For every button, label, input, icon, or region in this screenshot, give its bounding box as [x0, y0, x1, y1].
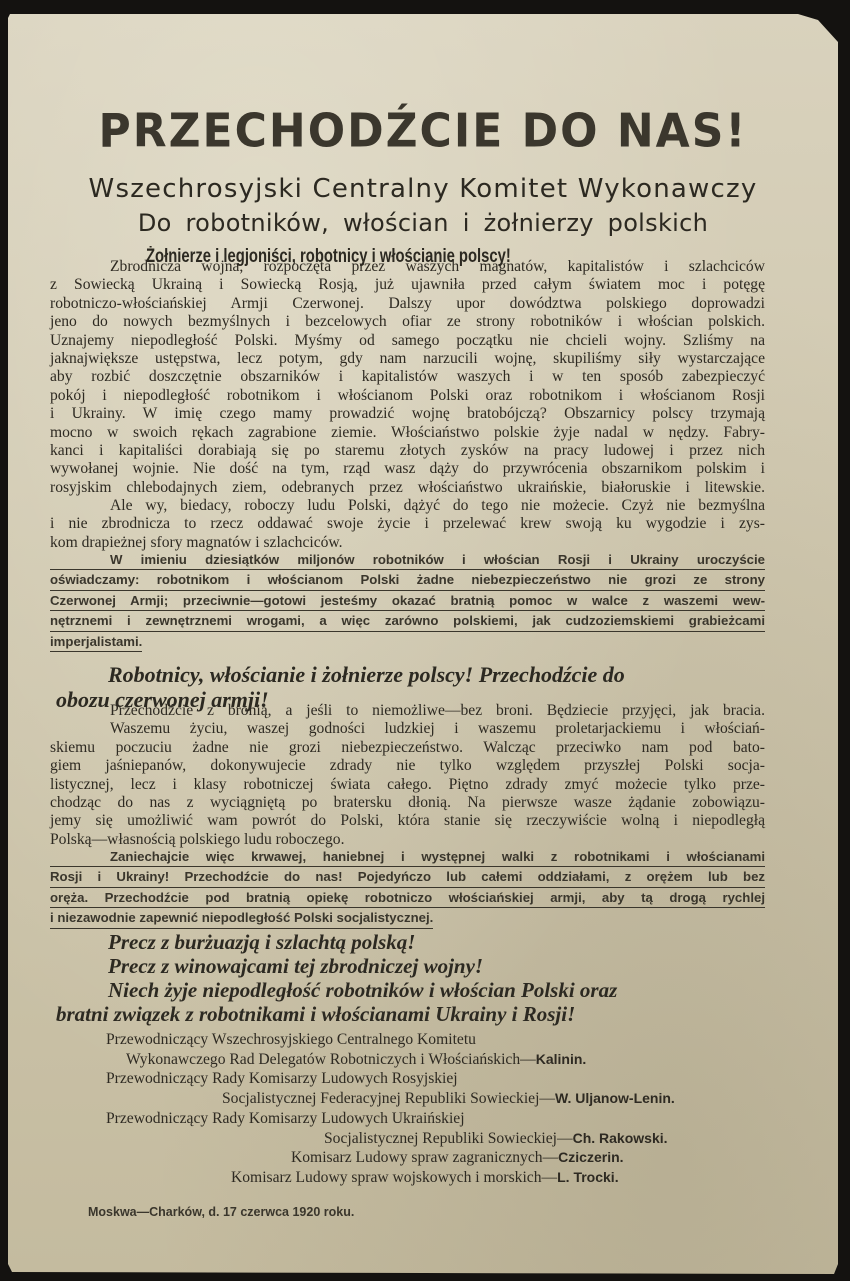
issuer-heading: Wszechrosyjski Centralny Komitet Wykonaw… [8, 174, 838, 204]
text-line: z Sowiecką Ukrainą i Sowiecką Rosją, już… [50, 276, 765, 294]
text-line: Zaniechajcie więc krwawej, haniebnej i w… [50, 847, 765, 867]
text-line: mocno w swoich rękach zagrabione ziemie.… [50, 424, 765, 442]
text-line: Uznajemy niepodległość Polski. Myśmy od … [50, 332, 765, 350]
text-line: rosyjskim chlebodajnych ziem, odebranych… [50, 479, 765, 497]
signatures-block: Przewodniczący Wszechrosyjskiego Central… [106, 1030, 786, 1188]
text-line: nętrznemi i zewnętrznemi wrogami, a więc… [50, 611, 765, 631]
text-line: i Ukrainy. W imię czego mamy prowadzić w… [50, 405, 765, 423]
signature-line: Wykonawczego Rad Delegatów Robotniczych … [106, 1050, 786, 1070]
signature-title: Przewodniczący Rady Komisarzy Ludowych U… [106, 1109, 786, 1129]
signature-role: Socjalistycznej Republiki Sowieckiej— [324, 1130, 573, 1147]
signatory-name: L. Trocki. [557, 1169, 618, 1185]
text-line: Przechodźcie z bronią, a jeśli to niemoż… [50, 702, 765, 720]
signature-line: Komisarz Ludowy spraw zagranicznych—Czic… [106, 1148, 786, 1168]
slogan-line: Precz z burżuazją i szlachtą polską! [56, 930, 771, 954]
slogan-line: Precz z winowajcami tej zbrodniczej wojn… [56, 954, 771, 978]
call-to-action-paragraph: Zaniechajcie więc krwawej, haniebnej i w… [50, 847, 765, 929]
text-line: jeno do nowych bezmyślnych i bezcelowych… [50, 313, 765, 331]
leaflet-title: PRZECHODŹCIE DO NAS! [8, 105, 838, 159]
text-line: wywołanej wojnie. Nie dość na tym, rząd … [50, 460, 765, 478]
slogan-line: bratni związek z robotnikami i włościana… [56, 1002, 771, 1026]
text-line: kanci i kapitaliści dorabiają się po sta… [50, 442, 765, 460]
dateline: Moskwa—Charków, d. 17 czerwca 1920 roku. [88, 1205, 354, 1219]
addressee-heading: Do robotników, włościan i żołnierzy pols… [8, 209, 838, 237]
slogans: Precz z burżuazją i szlachtą polską! Pre… [56, 930, 771, 1026]
paragraph-3: Przechodźcie z bronią, a jeśli to niemoż… [50, 702, 765, 849]
text-line: listycznej, lecz i klasy robotniczej świ… [50, 776, 765, 794]
text-line: jemy się umożliwić wam powrót do Polski,… [50, 812, 765, 830]
text-line: i niezawodnie zapewnić niepodległość Pol… [50, 908, 433, 928]
text-line: Robotnicy, włościanie i żołnierze polscy… [56, 662, 771, 687]
signature-line: Socjalistycznej Republiki Sowieckiej—Ch.… [106, 1129, 786, 1149]
signature-role: Socjalistycznej Federacyjnej Republiki S… [222, 1090, 555, 1107]
signature-line: Socjalistycznej Federacyjnej Republiki S… [106, 1089, 786, 1109]
paragraph-2: Ale wy, biedacy, roboczy ludu Polski, dą… [50, 497, 765, 552]
text-line: oświadczamy: robotnikom i włościanom Pol… [50, 570, 765, 590]
text-line: W imieniu dziesiątków miljonów robotnikó… [50, 550, 765, 570]
signature-title: Przewodniczący Rady Komisarzy Ludowych R… [106, 1069, 786, 1089]
paragraph-1: Zbrodnicza wojna, rozpoczęta przez waszy… [50, 258, 765, 497]
text-line: skiemu poczuciu żadne nie grozi niebezpi… [50, 739, 765, 757]
text-line: giem jaśniepanów, dokonywujecie zdrady n… [50, 757, 765, 775]
signatory-name: Cziczerin. [558, 1149, 623, 1165]
leaflet-paper: PRZECHODŹCIE DO NAS! Wszechrosyjski Cent… [8, 14, 838, 1274]
text-line: Zbrodnicza wojna, rozpoczęta przez waszy… [50, 258, 765, 276]
signatory-name: Ch. Rakowski. [573, 1130, 668, 1146]
signatory-name: W. Uljanow-Lenin. [555, 1090, 675, 1106]
text-line: aby rozbić doszczętnie obszarników i kap… [50, 368, 765, 386]
declaration-paragraph: W imieniu dziesiątków miljonów robotnikó… [50, 550, 765, 652]
signatory-name: Kalinin. [536, 1051, 587, 1067]
signature-role: Wykonawczego Rad Delegatów Robotniczych … [126, 1051, 536, 1068]
text-line: oręża. Przechodźcie pod bratnią opiekę r… [50, 888, 765, 908]
text-line: Rosji i Ukrainy! Przechodźcie do nas! Po… [50, 867, 765, 887]
text-line: Waszemu życiu, waszej godności ludzkiej … [50, 720, 765, 738]
text-line: pokój i niepodległość robotnikom i włośc… [50, 387, 765, 405]
text-line: chodząc do nas z wyciągniętą po bratersk… [50, 794, 765, 812]
text-line: jaknajwiększe ustępstwa, lecz potym, gdy… [50, 350, 765, 368]
text-line: Ale wy, biedacy, roboczy ludu Polski, dą… [50, 497, 765, 515]
signature-role: Komisarz Ludowy spraw zagranicznych— [291, 1149, 558, 1166]
signature-role: Komisarz Ludowy spraw wojskowych i morsk… [231, 1169, 557, 1186]
text-line: robotniczo-włościańskiej Armji Czerwonej… [50, 295, 765, 313]
signature-line: Komisarz Ludowy spraw wojskowych i morsk… [106, 1168, 786, 1188]
slogan-line: Niech żyje niepodległość robotników i wł… [56, 978, 771, 1002]
text-line: Czerwonej Armji; przeciwnie—gotowi jeste… [50, 591, 765, 611]
text-line: imperjalistami. [50, 632, 142, 652]
text-line: i nie zbrodnicza to rzecz oddawać swoje … [50, 515, 765, 533]
signature-title: Przewodniczący Wszechrosyjskiego Central… [106, 1030, 786, 1050]
